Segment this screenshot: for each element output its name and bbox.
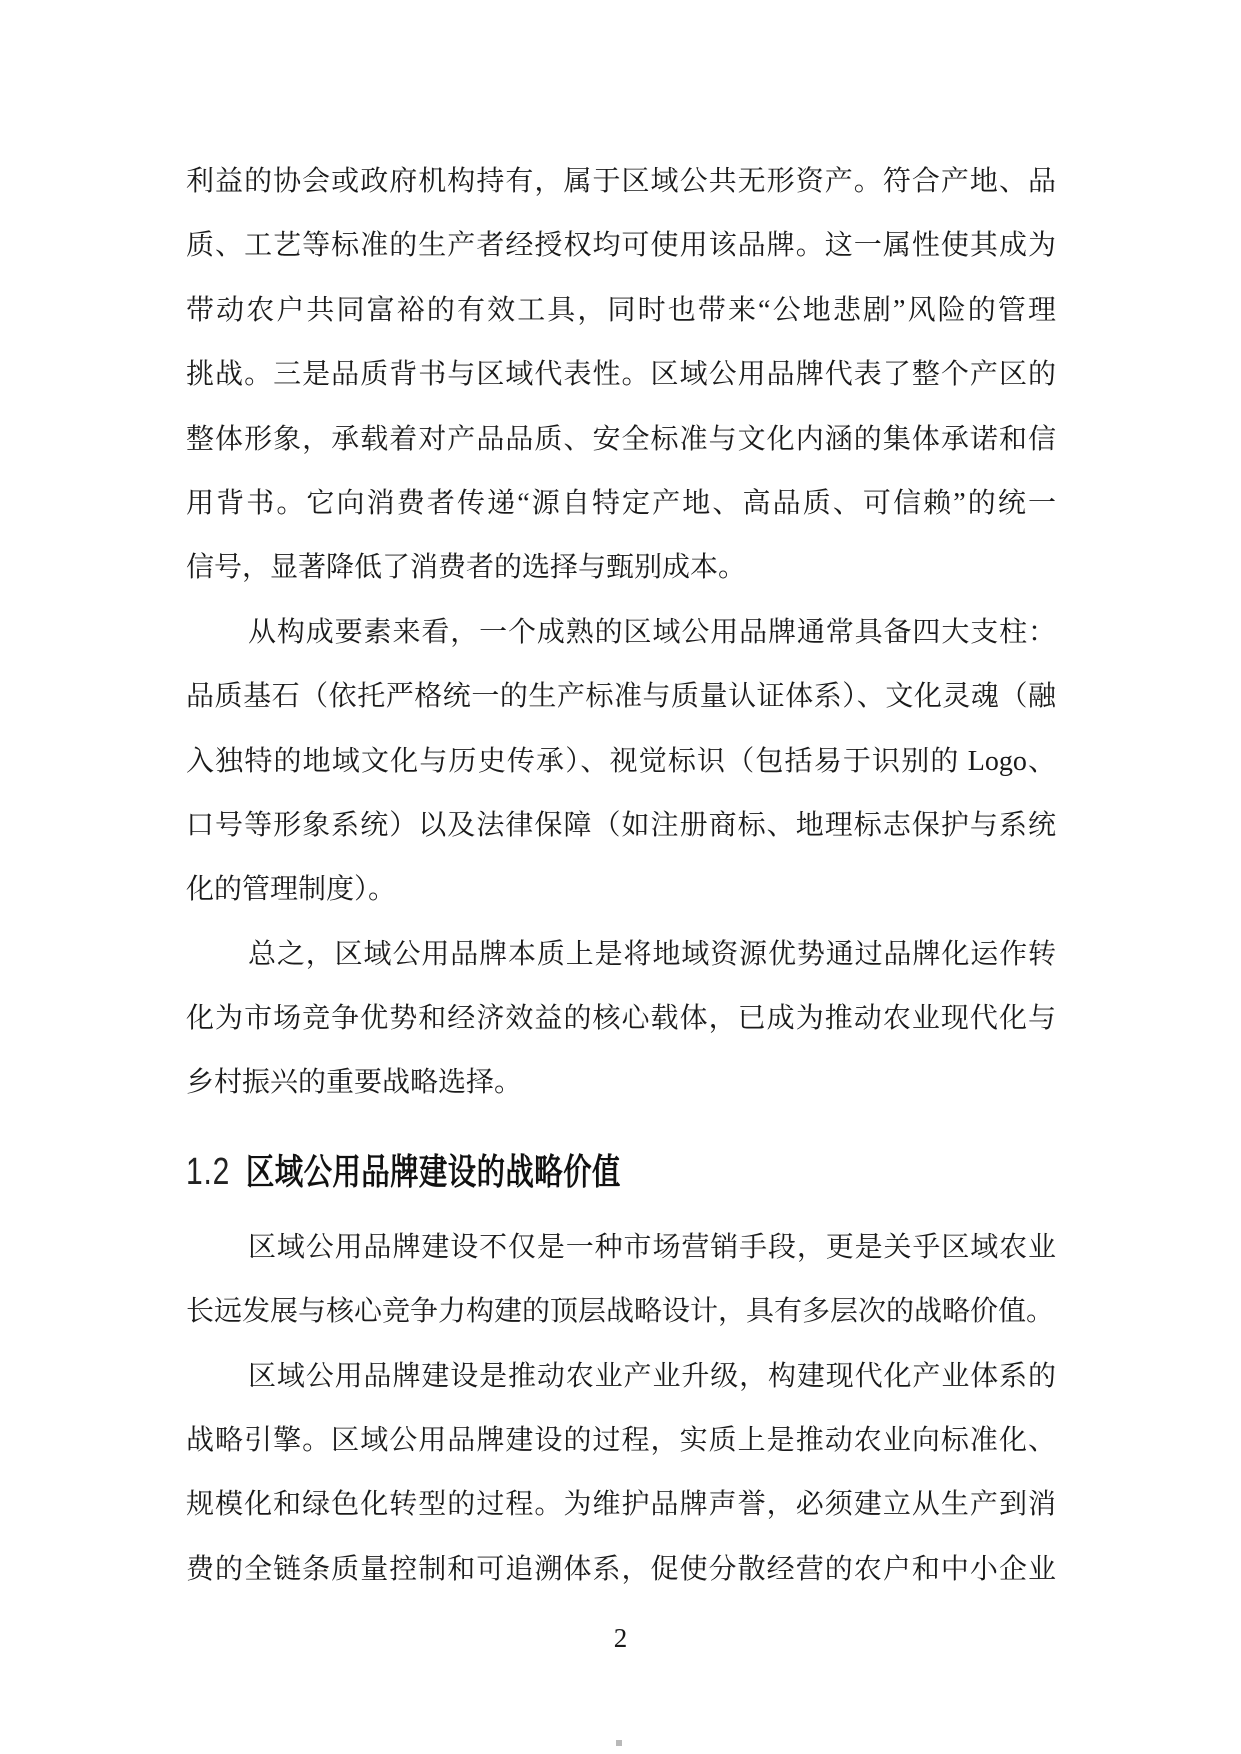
body-line: 从构成要素来看，一个成熟的区域公用品牌通常具备四大支柱：	[186, 601, 1056, 665]
body-line: 质、工艺等标准的生产者经授权均可使用该品牌。这一属性使其成为	[186, 214, 1056, 278]
page-bottom-mark	[616, 1740, 622, 1746]
page-number: 2	[0, 1622, 1241, 1654]
section-number: 1.2	[186, 1151, 230, 1193]
body-line: 总之，区域公用品牌本质上是将地域资源优势通过品牌化运作转	[186, 923, 1056, 987]
document-body: 利益的协会或政府机构持有，属于区域公共无形资产。符合产地、品质、工艺等标准的生产…	[186, 150, 1056, 1602]
section-heading: 1.2区域公用品牌建设的战略价值	[186, 1140, 1056, 1204]
body-line: 入独特的地域文化与历史传承）、视觉标识（包括易于识别的 Logo、	[186, 730, 1056, 794]
body-line: 区域公用品牌建设是推动农业产业升级，构建现代化产业体系的	[186, 1345, 1056, 1409]
body-line: 长远发展与核心竞争力构建的顶层战略设计，具有多层次的战略价值。	[186, 1280, 1056, 1344]
body-line: 品质基石（依托严格统一的生产标准与质量认证体系）、文化灵魂（融	[186, 665, 1056, 729]
body-line: 信号，显著降低了消费者的选择与甄别成本。	[186, 536, 1056, 600]
body-line: 规模化和绿色化转型的过程。为维护品牌声誉，必须建立从生产到消	[186, 1473, 1056, 1537]
body-line: 口号等形象系统）以及法律保障（如注册商标、地理标志保护与系统	[186, 794, 1056, 858]
body-line: 整体形象，承载着对产品品质、安全标准与文化内涵的集体承诺和信	[186, 408, 1056, 472]
document-page: 利益的协会或政府机构持有，属于区域公共无形资产。符合产地、品质、工艺等标准的生产…	[0, 0, 1241, 1754]
body-line: 利益的协会或政府机构持有，属于区域公共无形资产。符合产地、品	[186, 150, 1056, 214]
section-title: 区域公用品牌建设的战略价值	[246, 1151, 621, 1192]
body-line: 乡村振兴的重要战略选择。	[186, 1051, 1056, 1115]
body-line: 战略引擎。区域公用品牌建设的过程，实质上是推动农业向标准化、	[186, 1409, 1056, 1473]
body-line: 用背书。它向消费者传递“源自特定产地、高品质、可信赖”的统一	[186, 472, 1056, 536]
body-line: 带动农户共同富裕的有效工具，同时也带来“公地悲剧”风险的管理	[186, 279, 1056, 343]
body-line: 化的管理制度）。	[186, 858, 1056, 922]
body-line: 挑战。三是品质背书与区域代表性。区域公用品牌代表了整个产区的	[186, 343, 1056, 407]
body-line: 化为市场竞争优势和经济效益的核心载体，已成为推动农业现代化与	[186, 987, 1056, 1051]
section-heading-inner: 1.2区域公用品牌建设的战略价值	[186, 1140, 621, 1207]
body-line: 费的全链条质量控制和可追溯体系，促使分散经营的农户和中小企业	[186, 1538, 1056, 1602]
body-line: 区域公用品牌建设不仅是一种市场营销手段，更是关乎区域农业	[186, 1216, 1056, 1280]
